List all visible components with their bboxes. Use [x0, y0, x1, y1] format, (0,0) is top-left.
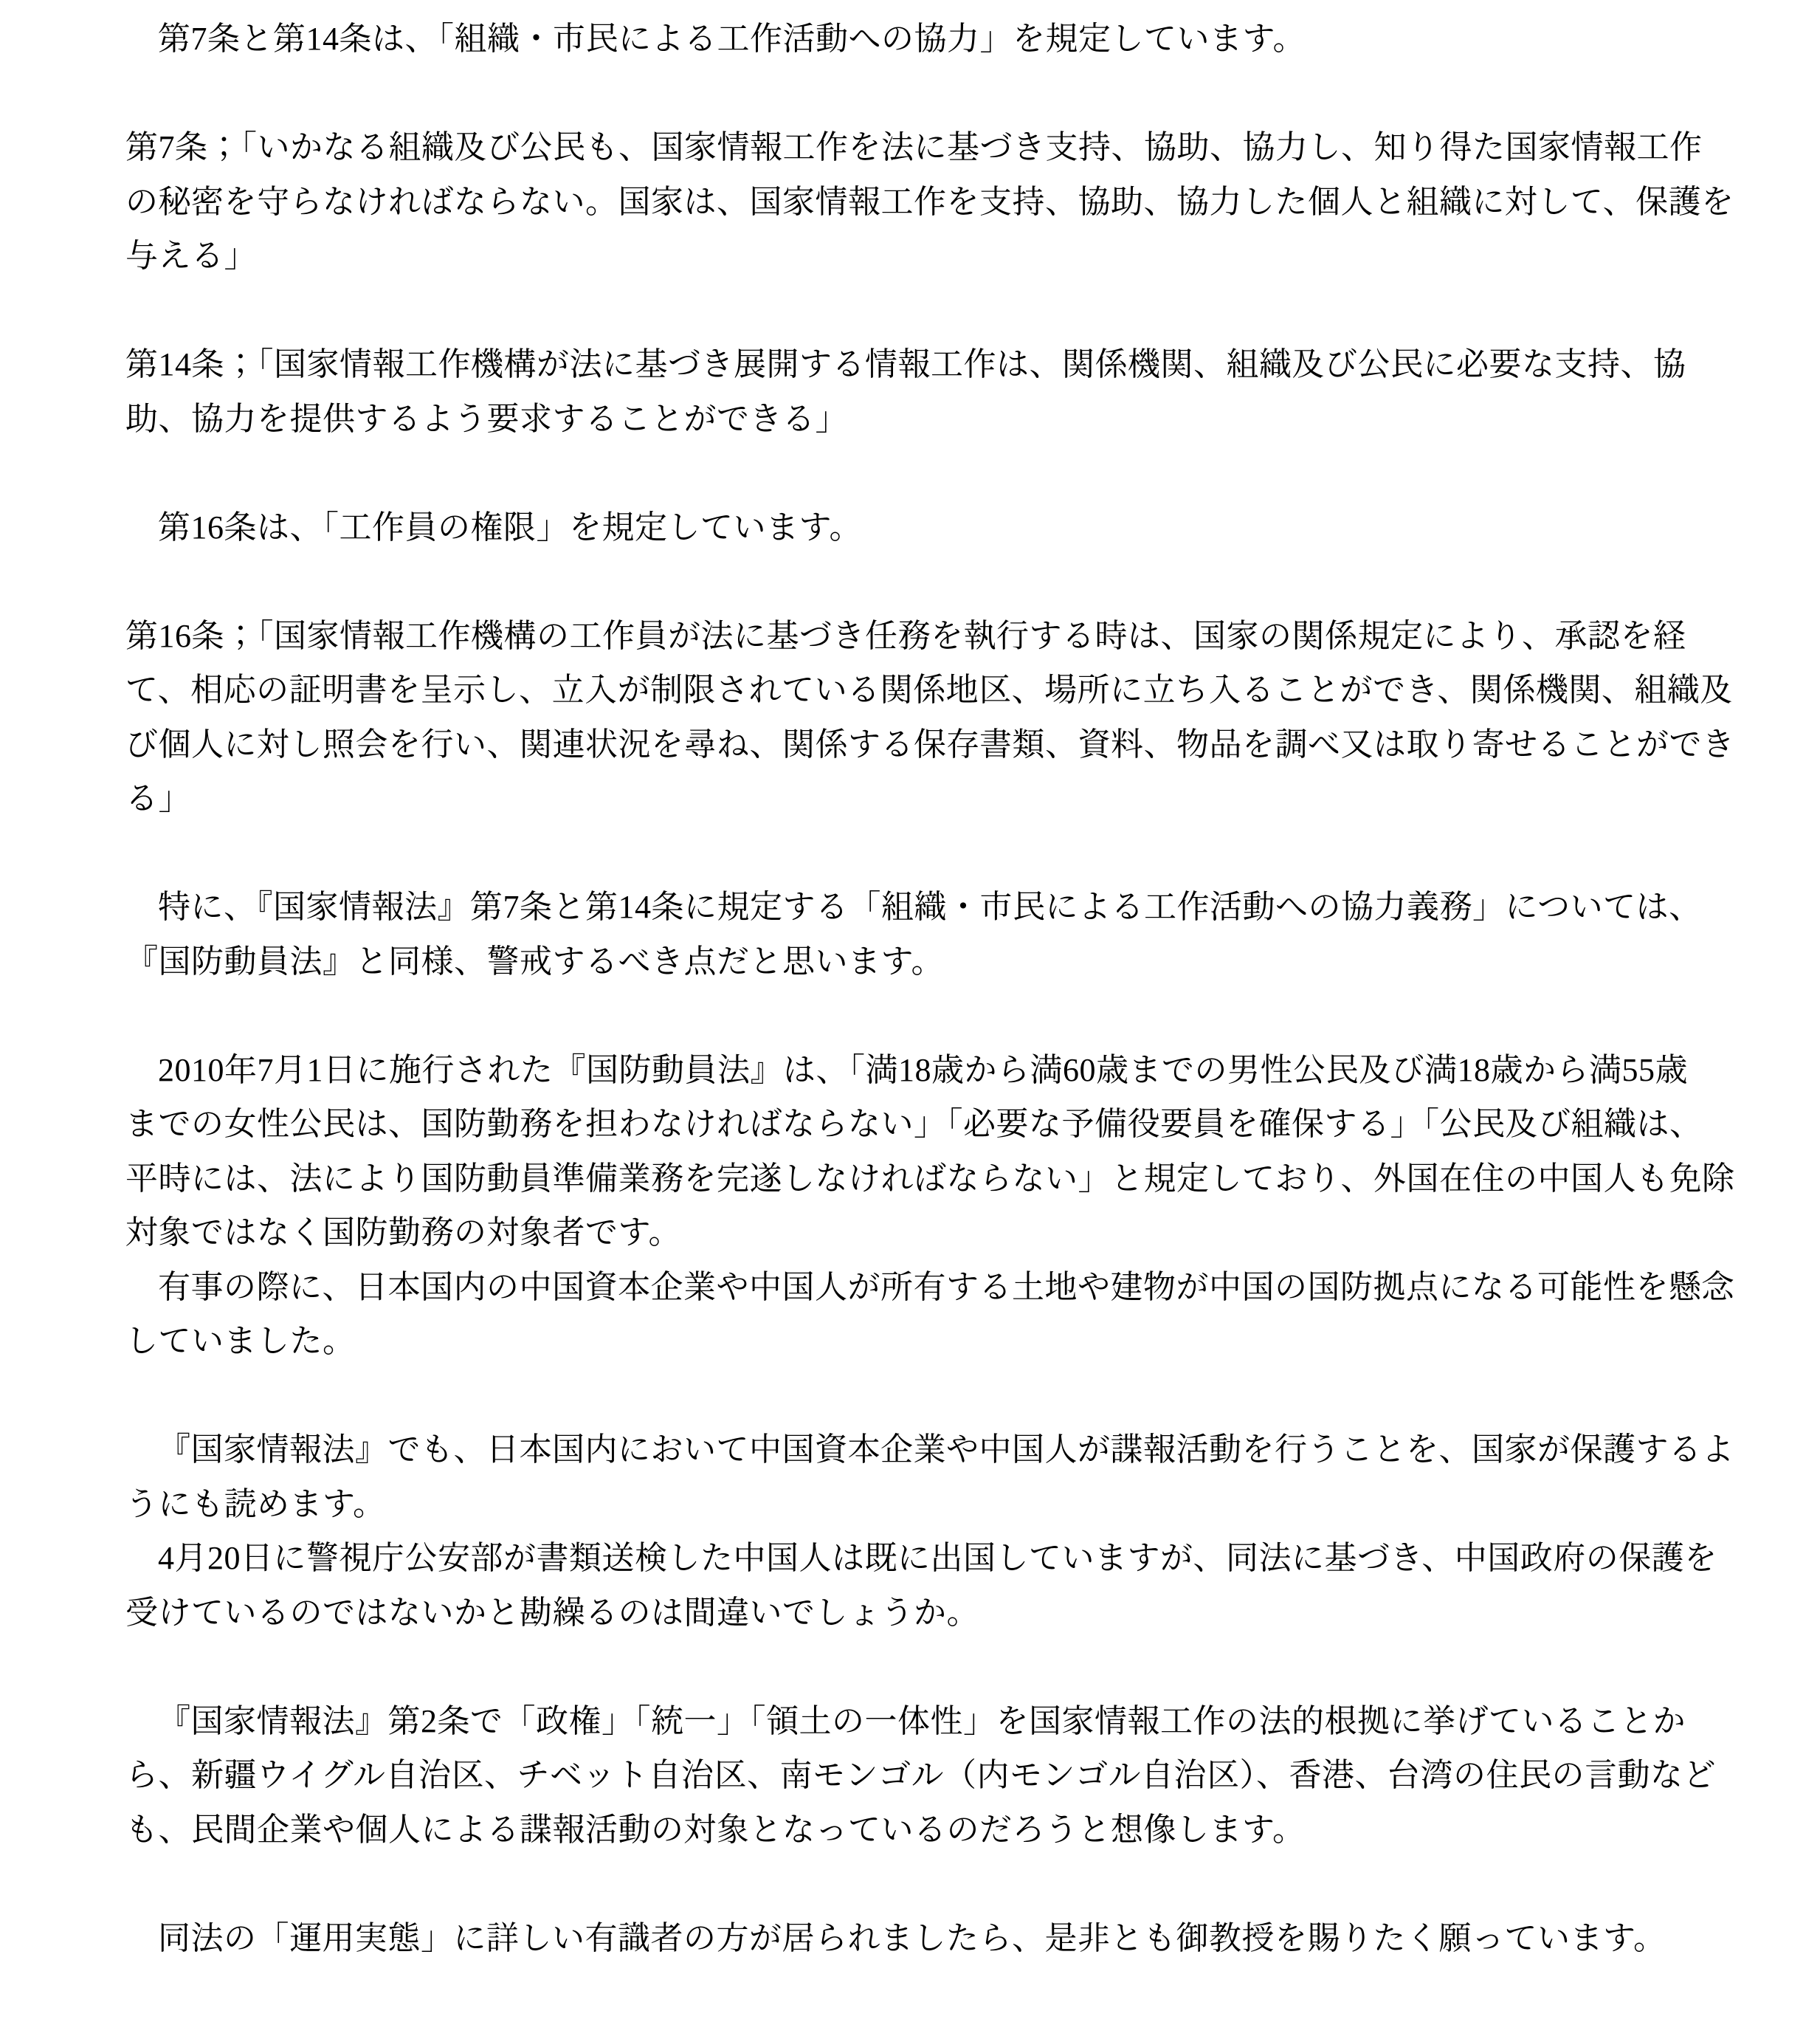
text-line: 第7条；「いかなる組織及び公民も、国家情報工作を法に基づき支持、協助、協力し、知… — [125, 120, 1696, 175]
text-line: 受けているのではないかと勘繰るのは間違いでしょうか。 — [125, 1586, 1696, 1640]
text-line: 第16条は、「工作員の権限」を規定しています。 — [125, 501, 1696, 555]
paragraph: 2010年7月1日に施行された『国防動員法』は、「満18歳から満60歳までの男性… — [125, 1043, 1696, 1260]
paragraph: 特に、『国家情報法』第7条と第14条に規定する「組織・市民による工作活動への協力… — [125, 880, 1696, 988]
text-line: 『国防動員法』と同様、警戒するべき点だと思います。 — [125, 935, 1696, 989]
text-line: ら、新疆ウイグル自治区、チベット自治区、南モンゴル（内モンゴル自治区）、香港、台… — [125, 1748, 1696, 1803]
text-line: 対象ではなく国防勤務の対象者です。 — [125, 1206, 1696, 1260]
paragraph: 『国家情報法』でも、日本国内において中国資本企業や中国人が諜報活動を行うことを、… — [125, 1423, 1696, 1531]
paragraph: 有事の際に、日本国内の中国資本企業や中国人が所有する土地や建物が中国の国防拠点に… — [125, 1260, 1696, 1369]
text-line: 『国家情報法』でも、日本国内において中国資本企業や中国人が諜報活動を行うことを、… — [125, 1423, 1696, 1477]
paragraph: 第16条；「国家情報工作機構の工作員が法に基づき任務を執行する時は、国家の関係規… — [125, 609, 1696, 826]
paragraph: 『国家情報法』第2条で「政権」「統一」「領土の一体性」を国家情報工作の法的根拠に… — [125, 1694, 1696, 1857]
paragraph: 第16条は、「工作員の権限」を規定しています。 — [125, 501, 1696, 555]
paragraph: 第7条と第14条は、「組織・市民による工作活動への協力」を規定しています。 — [125, 12, 1696, 66]
text-line: していました。 — [125, 1314, 1696, 1369]
text-line: 4月20日に警視庁公安部が書類送検した中国人は既に出国していますが、同法に基づき… — [125, 1531, 1696, 1586]
text-line: 同法の「運用実態」に詳しい有識者の方が居られましたら、是非とも御教授を賜りたく願… — [125, 1911, 1696, 1966]
text-line: 第7条と第14条は、「組織・市民による工作活動への協力」を規定しています。 — [125, 12, 1696, 66]
text-line: までの女性公民は、国防勤務を担わなければならない」「必要な予備役要員を確保する」… — [125, 1097, 1696, 1152]
text-line: て、相応の証明書を呈示し、立入が制限されている関係地区、場所に立ち入ることができ… — [125, 663, 1696, 718]
text-line: も、民間企業や個人による諜報活動の対象となっているのだろうと想像します。 — [125, 1803, 1696, 1857]
text-line: の秘密を守らなければならない。国家は、国家情報工作を支持、協助、協力した個人と組… — [125, 175, 1696, 230]
paragraph: 4月20日に警視庁公安部が書類送検した中国人は既に出国していますが、同法に基づき… — [125, 1531, 1696, 1640]
text-line: 『国家情報法』第2条で「政権」「統一」「領土の一体性」を国家情報工作の法的根拠に… — [125, 1694, 1696, 1749]
paragraph: 第7条；「いかなる組織及び公民も、国家情報工作を法に基づき支持、協助、協力し、知… — [125, 120, 1696, 283]
text-line: る」 — [125, 771, 1696, 826]
paragraph: 同法の「運用実態」に詳しい有識者の方が居られましたら、是非とも御教授を賜りたく願… — [125, 1911, 1696, 1966]
paragraph: 第14条；「国家情報工作機構が法に基づき展開する情報工作は、関係機関、組織及び公… — [125, 337, 1696, 446]
text-line: 特に、『国家情報法』第7条と第14条に規定する「組織・市民による工作活動への協力… — [125, 880, 1696, 935]
text-line: 与える」 — [125, 229, 1696, 283]
text-line: び個人に対し照会を行い、関連状況を尋ね、関係する保存書類、資料、物品を調べ又は取… — [125, 718, 1696, 772]
document-page: 第7条と第14条は、「組織・市民による工作活動への協力」を規定しています。第7条… — [0, 0, 1820, 2039]
text-line: 助、協力を提供するよう要求することができる」 — [125, 392, 1696, 447]
text-line: 第16条；「国家情報工作機構の工作員が法に基づき任務を執行する時は、国家の関係規… — [125, 609, 1696, 664]
document-body: 第7条と第14条は、「組織・市民による工作活動への協力」を規定しています。第7条… — [125, 12, 1696, 1965]
text-line: うにも読めます。 — [125, 1477, 1696, 1532]
text-line: 第14条；「国家情報工作機構が法に基づき展開する情報工作は、関係機関、組織及び公… — [125, 337, 1696, 392]
text-line: 有事の際に、日本国内の中国資本企業や中国人が所有する土地や建物が中国の国防拠点に… — [125, 1260, 1696, 1315]
text-line: 平時には、法により国防動員準備業務を完遂しなければならない」と規定しており、外国… — [125, 1152, 1696, 1206]
text-line: 2010年7月1日に施行された『国防動員法』は、「満18歳から満60歳までの男性… — [125, 1043, 1696, 1098]
